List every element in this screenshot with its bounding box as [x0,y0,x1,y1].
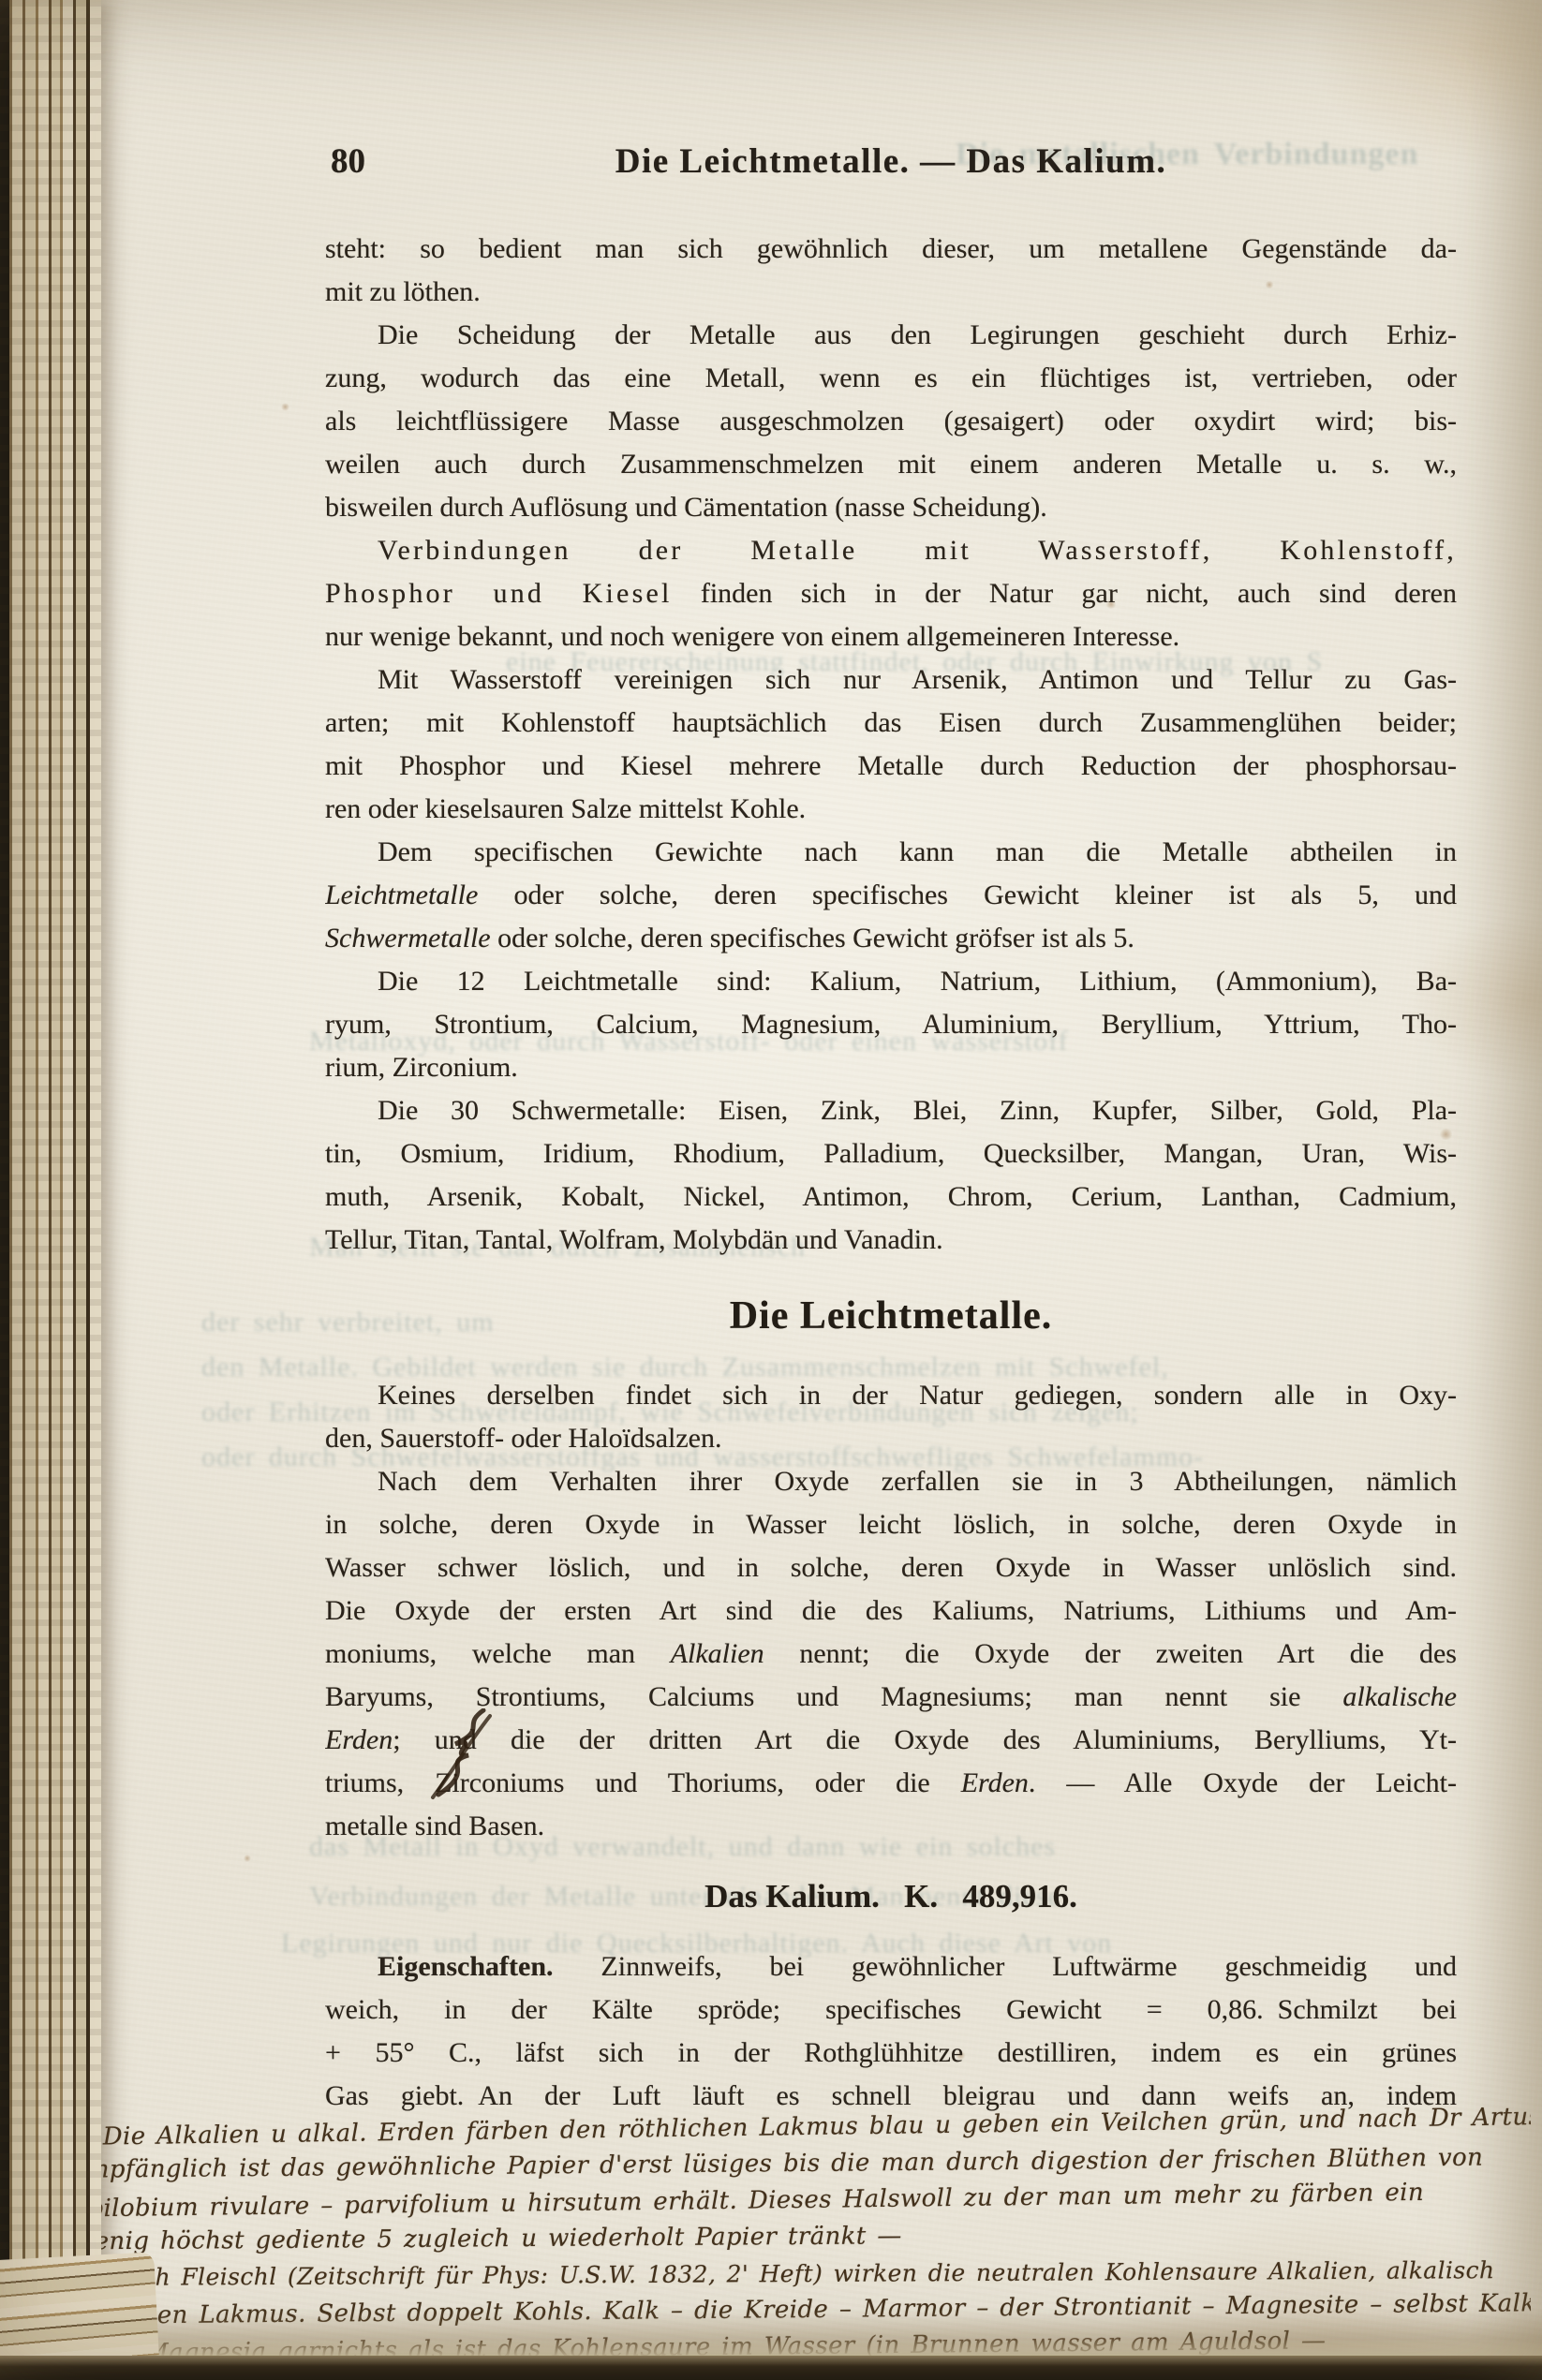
text-segment: tin, Osmium, Iridium, Rhodium, Palladium… [325,1138,1457,1169]
text-line: bisweilen durch Auflösung und Cämentatio… [325,486,1457,529]
text-line: Keines derselben findet sich in der Natu… [325,1374,1457,1417]
text-line: Wasser schwer löslich, und in solche, de… [325,1546,1457,1589]
text-line: in solche, deren Oxyde in Wasser leicht … [325,1503,1457,1546]
text-segment: + 55° C., läfst sich in der Rothglühhitz… [325,2037,1457,2068]
book-bottom-edge [0,2356,1542,2380]
text-segment: Verbindungen der Metalle mit Wasserstoff… [378,535,1457,566]
text-line: mit zu löthen. [325,271,1457,314]
text-line: muth, Arsenik, Kobalt, Nickel, Antimon, … [325,1175,1457,1219]
text-segment: oder solche, deren specifisches Gewicht … [478,880,1457,910]
text-segment: Die 30 Schwermetalle: Eisen, Zink, Blei,… [378,1095,1457,1126]
handwritten-annotation: ſ Die Alkalien u alkal. Erden färben den… [69,2109,1531,2365]
text-segment: muth, Arsenik, Kobalt, Nickel, Antimon, … [325,1181,1457,1212]
text-segment: Alkalien [671,1638,764,1669]
text-line: mit Phosphor und Kiesel mehrere Metalle … [325,745,1457,788]
text-segment: Phosphor und Kiesel [325,578,673,609]
text-line: Die Oxyde der ersten Art sind die des Ka… [325,1589,1457,1633]
text-segment: Tellur, Titan, Tantal, Wolfram, Molybdän… [325,1224,943,1255]
text-line: Leichtmetalle oder solche, deren specifi… [325,874,1457,917]
book-page-scan: Die metallischen Verbindungeneine Feuere… [0,0,1542,2380]
text-segment: steht: so bedient man sich gewöhnlich di… [325,233,1457,264]
text-segment: weich, in der Kälte spröde; specifisches… [325,1994,1457,2025]
text-segment: arten; mit Kohlenstoff hauptsächlich das… [325,707,1457,738]
text-segment: in solche, deren Oxyde in Wasser leicht … [325,1509,1457,1540]
text-segment: Eigenschaften. [378,1951,554,1982]
foxing-spot [244,1855,251,1862]
text-segment: den, Sauerstoff- oder Haloïdsalzen. [325,1423,721,1454]
running-head: 80 Die Leichtmetalle. — Das Kalium. [325,140,1457,184]
text-segment: weilen auch durch Zusammenschmelzen mit … [325,449,1457,480]
text-segment: Wasser schwer löslich, und in solche, de… [325,1552,1457,1583]
text-line: als leichtflüssigere Masse ausgeschmolze… [325,400,1457,443]
foxing-spot [281,403,289,411]
text-segment: ; und die der dritten Art die Oxyde des … [393,1724,1457,1755]
text-segment: ryum, Strontium, Calcium, Magnesium, Alu… [325,1009,1457,1040]
text-segment: mit Phosphor und Kiesel mehrere Metalle … [325,750,1457,781]
text-line: nur wenige bekannt, und noch wenigere vo… [325,615,1457,658]
text-segment: moniums, welche man [325,1638,671,1669]
paragraph: steht: so bedient man sich gewöhnlich di… [325,228,1457,314]
subsection-heading: Das Kalium. K. 489,916. [325,1874,1457,1919]
ink-scribble-mark [410,1708,523,1807]
text-segment: Erden [325,1724,393,1755]
text-segment: Leichtmetalle [325,880,478,910]
text-line: Die 30 Schwermetalle: Eisen, Zink, Blei,… [325,1089,1457,1132]
paragraph: Die 30 Schwermetalle: Eisen, Zink, Blei,… [325,1089,1457,1262]
text-segment: Die Oxyde der ersten Art sind die des Ka… [325,1595,1457,1626]
running-head-title: Die Leichtmetalle. — Das Kalium. [325,140,1457,184]
text-segment: Dem specifischen Gewichte nach kann man … [378,836,1457,867]
text-segment: rium, Zirconium. [325,1052,518,1083]
text-line: Nach dem Verhalten ihrer Oxyde zerfallen… [325,1460,1457,1503]
text-line: Tellur, Titan, Tantal, Wolfram, Molybdän… [325,1219,1457,1262]
text-line: + 55° C., läfst sich in der Rothglühhitz… [325,2032,1457,2075]
paragraph: Verbindungen der Metalle mit Wasserstoff… [325,529,1457,658]
text-line: weilen auch durch Zusammenschmelzen mit … [325,443,1457,486]
text-segment: metalle sind Basen. [325,1811,544,1841]
section-heading: Die Leichtmetalle. [325,1290,1457,1342]
text-line: moniums, welche man Alkalien nennt; die … [325,1633,1457,1676]
text-segment: Mit Wasserstoff vereinigen sich nur Arse… [378,664,1457,695]
text-segment: Schwermetalle [325,923,491,953]
text-line: den, Sauerstoff- oder Haloïdsalzen. [325,1417,1457,1460]
text-line: rium, Zirconium. [325,1046,1457,1089]
text-line: arten; mit Kohlenstoff hauptsächlich das… [325,702,1457,745]
book-binding-edge [0,0,101,2380]
text-segment: zung, wodurch das eine Metall, wenn es e… [325,362,1457,393]
text-line: steht: so bedient man sich gewöhnlich di… [325,228,1457,271]
text-segment: alkalische [1342,1681,1457,1712]
text-segment: nur wenige bekannt, und noch wenigere vo… [325,621,1179,652]
text-segment: oder solche, deren specifisches Gewicht … [491,923,1134,953]
text-line: Die 12 Leichtmetalle sind: Kalium, Natri… [325,960,1457,1003]
text-line: tin, Osmium, Iridium, Rhodium, Palladium… [325,1132,1457,1175]
text-line: zung, wodurch das eine Metall, wenn es e… [325,357,1457,400]
text-line: ryum, Strontium, Calcium, Magnesium, Alu… [325,1003,1457,1046]
paragraph: Eigenschaften. Zinnweifs, bei gewöhnlich… [325,1945,1457,2118]
text-segment: Nach dem Verhalten ihrer Oxyde zerfallen… [378,1466,1457,1497]
paragraph: Die Scheidung der Metalle aus den Legiru… [325,314,1457,529]
text-line: Phosphor und Kiesel finden sich in der N… [325,572,1457,615]
text-segment: nennt; die Oxyde der zweiten Art die des [764,1638,1457,1669]
text-segment: Keines derselben findet sich in der Natu… [378,1380,1457,1411]
body-text-column: steht: so bedient man sich gewöhnlich di… [325,228,1457,2118]
text-segment: Zinnweifs, bei gewöhnlicher Luftwärme ge… [554,1951,1458,1982]
text-segment: Die Scheidung der Metalle aus den Legiru… [378,319,1457,350]
text-line: Die Scheidung der Metalle aus den Legiru… [325,314,1457,357]
text-segment: bisweilen durch Auflösung und Cämentatio… [325,492,1047,523]
text-line: Eigenschaften. Zinnweifs, bei gewöhnlich… [325,1945,1457,1988]
text-segment: Die 12 Leichtmetalle sind: Kalium, Natri… [378,966,1457,997]
text-segment: mit zu löthen. [325,276,481,307]
paragraph: Mit Wasserstoff vereinigen sich nur Arse… [325,658,1457,831]
text-segment: Erden [961,1767,1029,1798]
paragraph: Die 12 Leichtmetalle sind: Kalium, Natri… [325,960,1457,1089]
text-segment: als leichtflüssigere Masse ausgeschmolze… [325,406,1457,436]
text-line: metalle sind Basen. [325,1805,1457,1848]
text-segment: finden sich in der Natur gar nicht, auch… [673,578,1458,609]
paragraph: Keines derselben findet sich in der Natu… [325,1374,1457,1460]
text-line: Mit Wasserstoff vereinigen sich nur Arse… [325,658,1457,702]
text-segment: . — Alle Oxyde der Leicht- [1029,1767,1457,1798]
text-line: Verbindungen der Metalle mit Wasserstoff… [325,529,1457,572]
stacked-page-edges [0,2252,159,2363]
page-number: 80 [331,140,365,184]
text-line: Dem specifischen Gewichte nach kann man … [325,831,1457,874]
text-line: ren oder kieselsauren Salze mittelst Koh… [325,788,1457,831]
text-segment: ren oder kieselsauren Salze mittelst Koh… [325,793,806,824]
text-line: weich, in der Kälte spröde; specifisches… [325,1988,1457,2032]
text-line: Schwermetalle oder solche, deren specifi… [325,917,1457,960]
paragraph: Dem specifischen Gewichte nach kann man … [325,831,1457,960]
